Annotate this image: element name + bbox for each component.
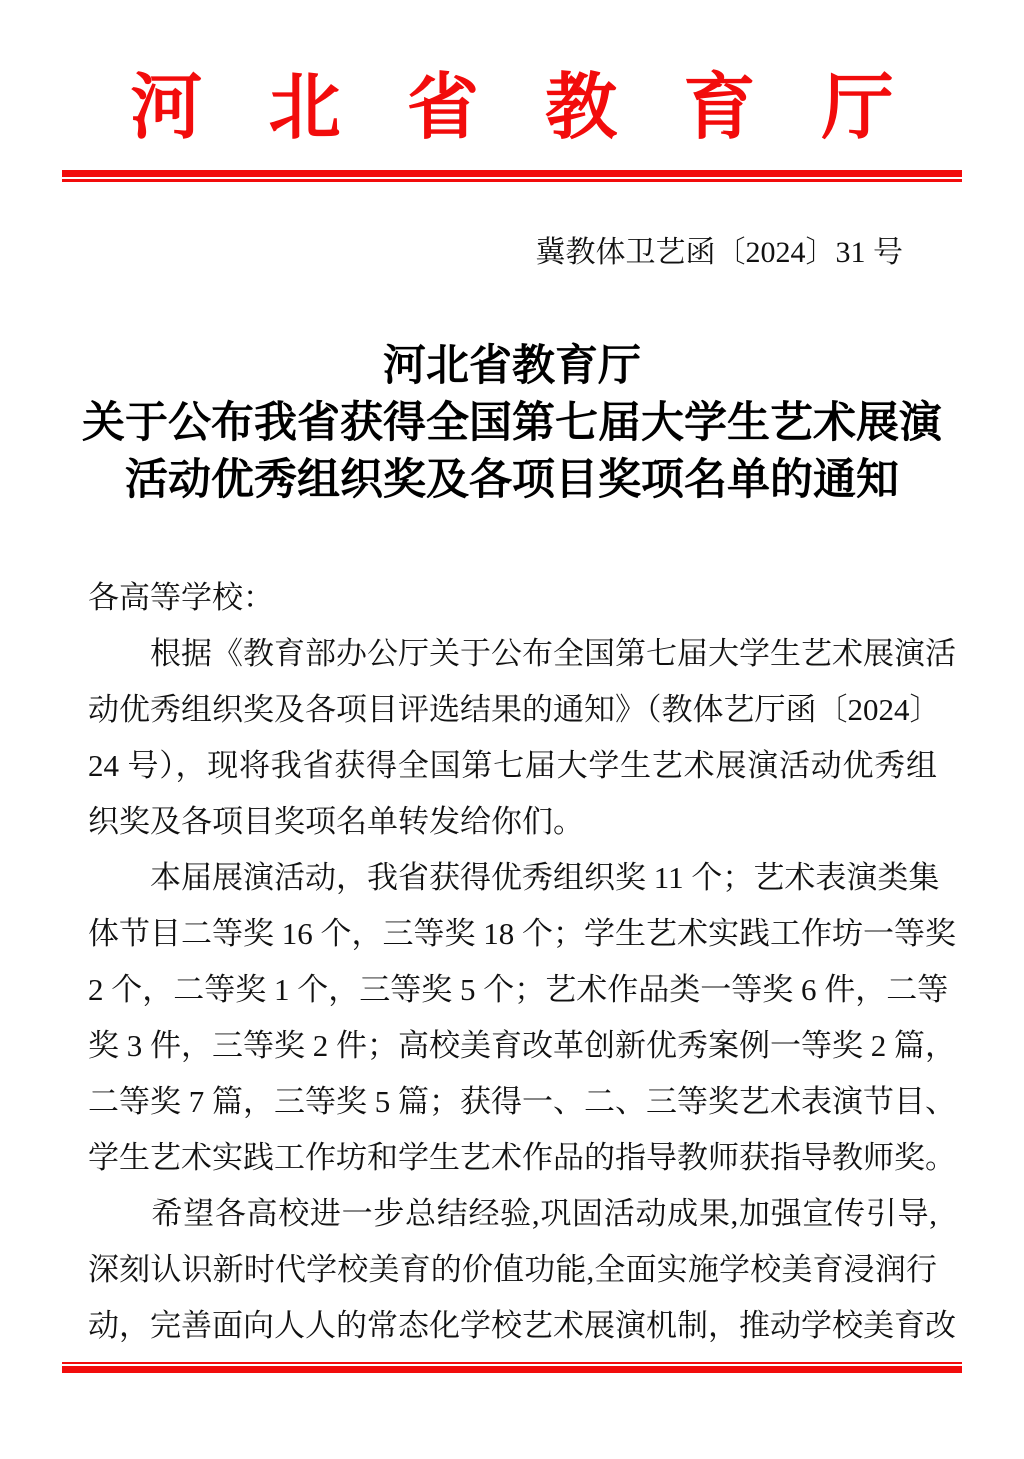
body-line: 二等奖 7 篇，三等奖 5 篇；获得一、二、三等奖艺术表演节目、: [88, 1074, 937, 1130]
letterhead-divider-rule: [62, 170, 962, 182]
body-line: 动优秀组织奖及各项目评选结果的通知》（教体艺厅函〔2024〕: [88, 682, 937, 738]
footer-divider-rule: [62, 1362, 962, 1373]
document-reference-number: 冀教体卫艺函〔2024〕31 号: [536, 234, 904, 272]
body-line: 本届展演活动，我省获得优秀组织奖 11 个；艺术表演类集: [88, 850, 937, 906]
divider-thick-line: [62, 170, 962, 177]
notice-title-line: 活动优秀组织奖及各项目奖项名单的通知: [0, 452, 1024, 509]
notice-body: 各高等学校： 根据《教育部办公厅关于公布全国第七届大学生艺术展演活 动优秀组织奖…: [88, 570, 937, 1354]
body-line: 2 个，二等奖 1 个，三等奖 5 个；艺术作品类一等奖 6 件，二等: [88, 962, 937, 1018]
salutation-line: 各高等学校：: [88, 570, 937, 626]
body-line: 动，完善面向人人的常态化学校艺术展演机制，推动学校美育改: [88, 1298, 937, 1354]
official-document-page: 河北省教育厅 冀教体卫艺函〔2024〕31 号 河北省教育厅 关于公布我省获得全…: [0, 0, 1024, 1459]
body-line: 24 号），现将我省获得全国第七届大学生艺术展演活动优秀组: [88, 738, 937, 794]
divider-thick-line: [62, 1366, 962, 1373]
notice-title-line: 关于公布我省获得全国第七届大学生艺术展演: [0, 395, 1024, 452]
body-line: 学生艺术实践工作坊和学生艺术作品的指导教师获指导教师奖。: [88, 1130, 937, 1186]
notice-title: 河北省教育厅 关于公布我省获得全国第七届大学生艺术展演 活动优秀组织奖及各项目奖…: [0, 338, 1024, 509]
divider-thin-line: [62, 179, 962, 182]
body-line: 奖 3 件，三等奖 2 件；高校美育改革创新优秀案例一等奖 2 篇，: [88, 1018, 937, 1074]
body-line: 织奖及各项目奖项名单转发给你们。: [88, 794, 937, 850]
body-line: 根据《教育部办公厅关于公布全国第七届大学生艺术展演活: [88, 626, 937, 682]
body-line: 希望各高校进一步总结经验,巩固活动成果,加强宣传引导,: [88, 1186, 937, 1242]
notice-title-line: 河北省教育厅: [0, 338, 1024, 395]
letterhead-agency-title: 河北省教育厅: [0, 66, 1024, 150]
body-line: 深刻认识新时代学校美育的价值功能,全面实施学校美育浸润行: [88, 1242, 937, 1298]
body-line: 体节目二等奖 16 个，三等奖 18 个；学生艺术实践工作坊一等奖: [88, 906, 937, 962]
